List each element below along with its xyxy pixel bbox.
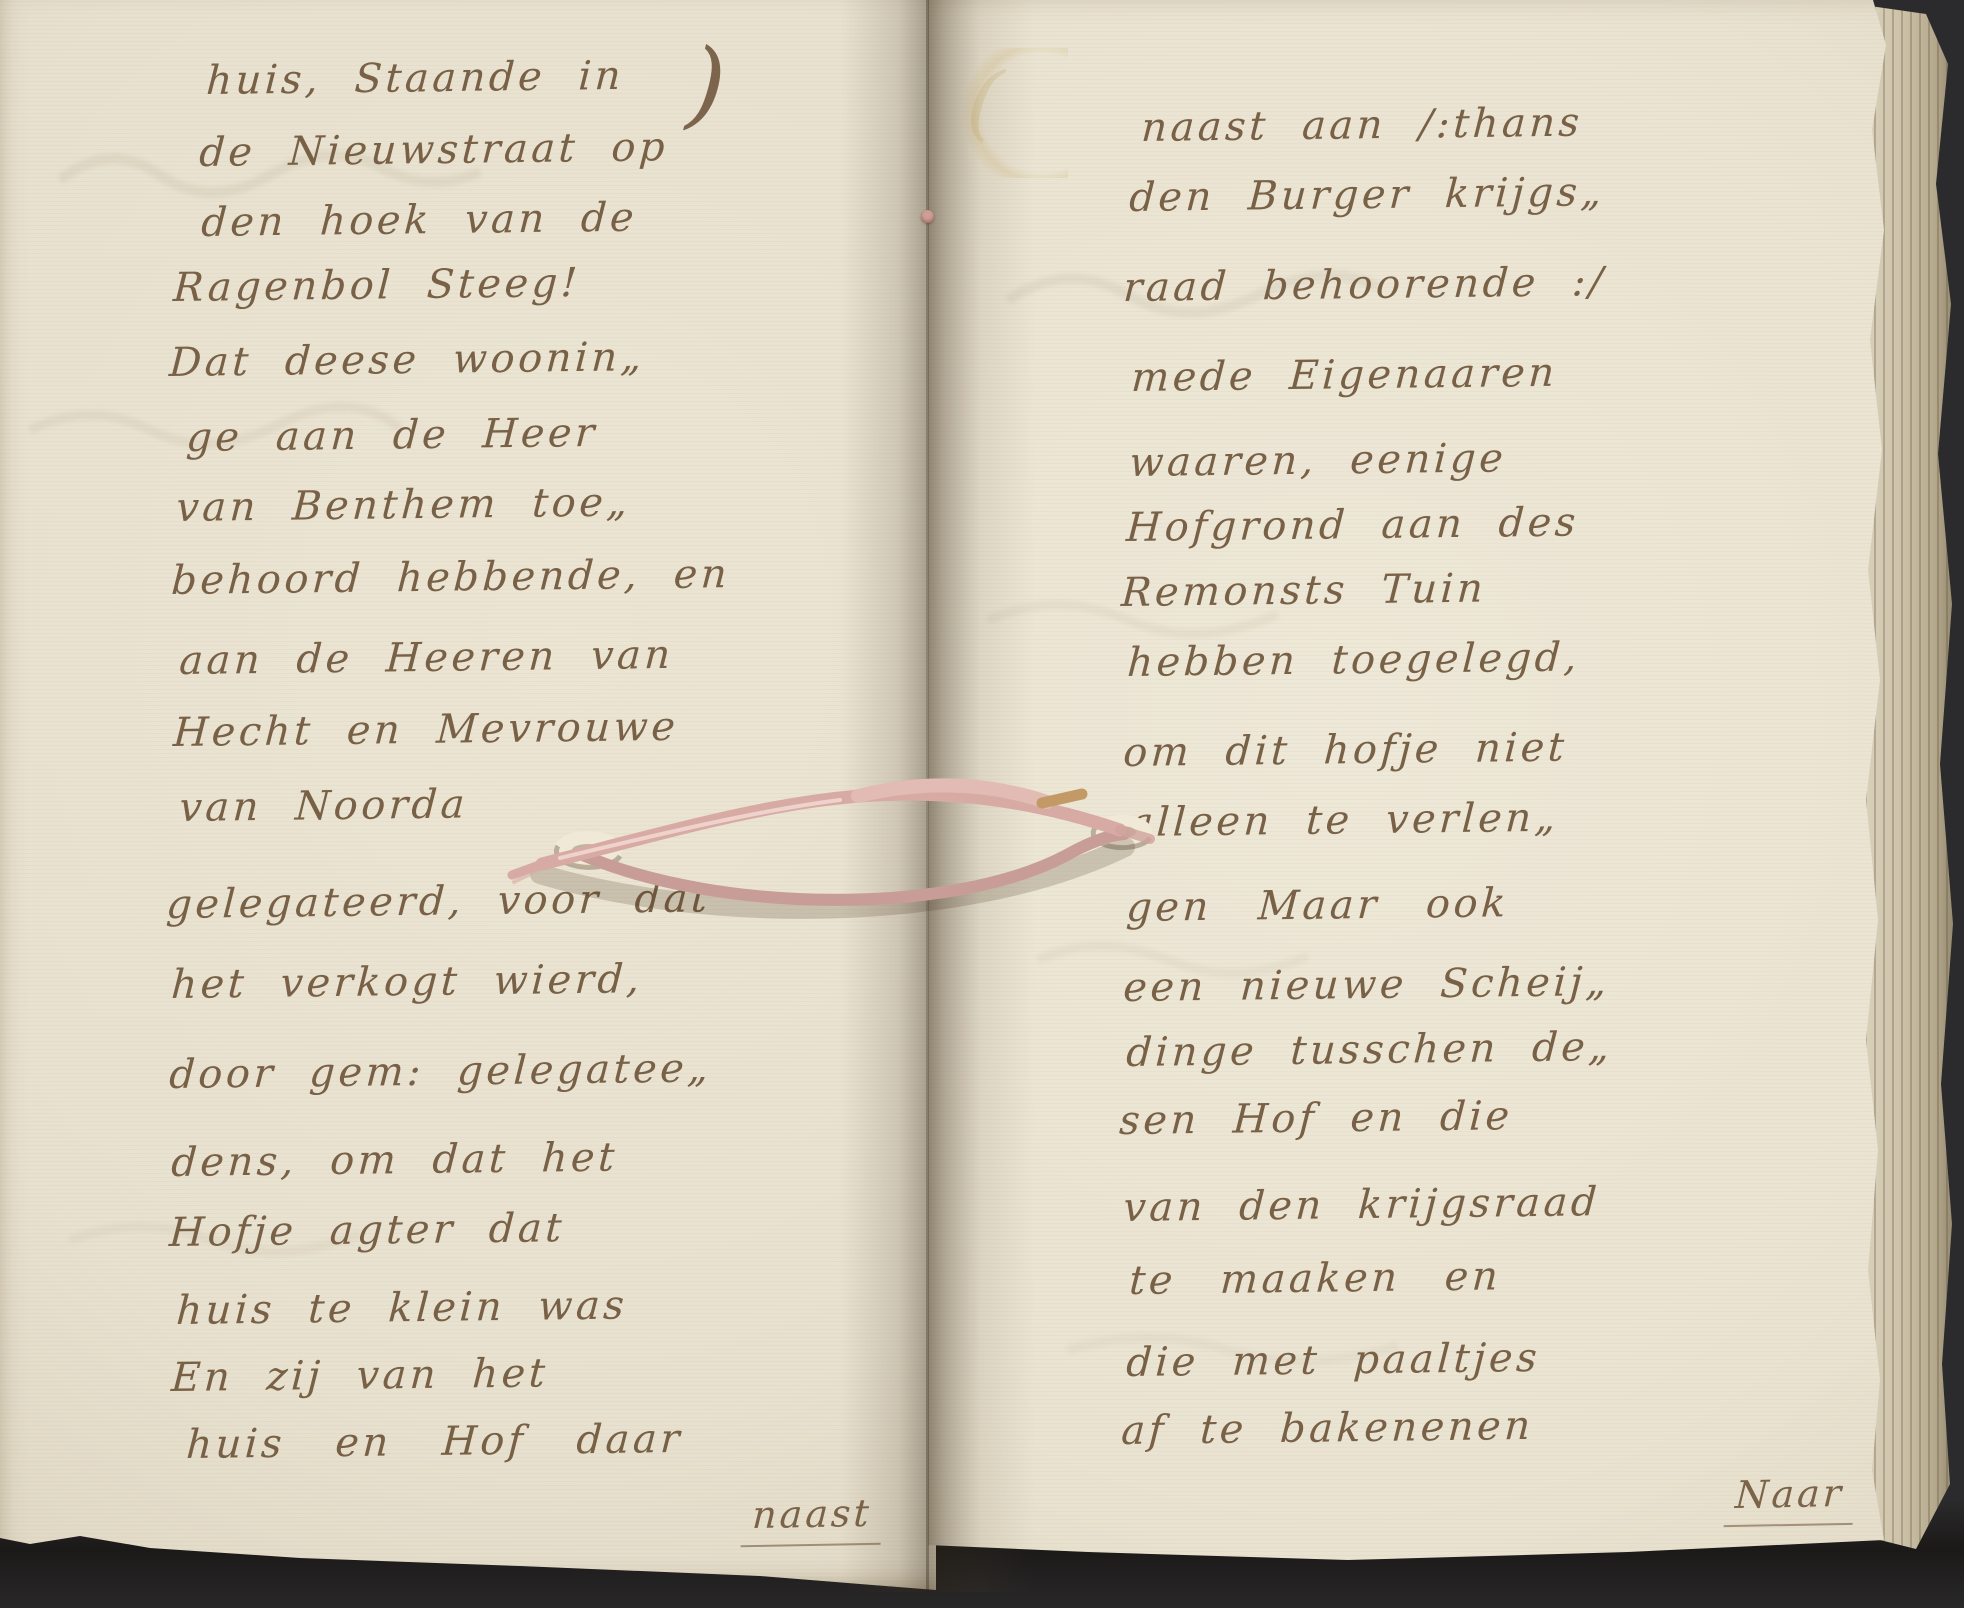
manuscript-line: ge aan de Heer [185,410,599,461]
manuscript-line: den Burger krijgs„ [1128,169,1606,221]
manuscript-line: waaren, eenige [1128,435,1508,486]
manuscript-line: een nieuwe Scheij„ [1122,959,1611,1011]
manuscript-line: mede Eigenaaren [1130,350,1559,401]
manuscript-line: huis en Hof daar [185,1416,684,1468]
manuscript-line: En zij van het [170,1350,550,1401]
manuscript-line: door gem: gelegatee„ [168,1045,713,1098]
manuscript-line: de Nieuwstraat op [198,124,669,176]
manuscript-line: Hecht en Mevrouwe [172,704,680,756]
manuscript-line: naast aan /:thans [1140,100,1584,151]
manuscript-line: Ragenbol Steeg! [172,260,582,311]
manuscript-line: aan de Heeren van [178,632,675,684]
manuscript-line: af te bakenenen [1120,1403,1535,1454]
manuscript-line: Hofje agter dat [168,1205,566,1256]
manuscript-line: te maaken en [1128,1253,1503,1304]
manuscript-line: huis te klein was [175,1282,629,1334]
manuscript-line: hebben toegelegd, [1126,634,1581,686]
catchword-right: Naar [1724,1471,1856,1527]
catchword-left: naast [741,1491,883,1547]
manuscript-line: om dit hofje niet [1122,725,1569,776]
manuscript-line: van Benthem toe„ [175,479,632,531]
manuscript-line: het verkogt wierd, [170,956,644,1008]
manuscript-line: dinge tusschen de„ [1125,1024,1614,1076]
manuscript-line: van Noorda [178,781,469,831]
manuscript-line: van den krijgsraad [1122,1179,1601,1231]
manuscript-line: behoord hebbende, en [170,551,731,604]
manuscript-line: Dat deese woonin„ [168,334,646,386]
manuscript-line: gelegateerd, voor dat [165,875,712,928]
manuscript-line: den hoek van de [200,195,639,246]
manuscript-line: huis, Staande in [205,53,625,104]
manuscript-line: die met paaltjes [1125,1335,1542,1386]
manuscript-line: gen Maar ook [1125,880,1510,931]
sewing-thread-dot [921,210,934,223]
manuscript-line: dens, om dat het [170,1135,619,1186]
manuscript-book-scan: huis, Staande in ) de Nieuwstraat op den… [0,0,1964,1608]
manuscript-line: Remonsts Tuin [1120,566,1488,616]
manuscript-line: Hofgrond aan des [1125,499,1580,551]
manuscript-line: sen Hof en die [1118,1093,1514,1144]
manuscript-line: raad behoorende :/ [1122,259,1607,311]
ink-paren-mark: ) [684,27,729,141]
manuscript-line: alleen te verlen„ [1128,795,1560,846]
